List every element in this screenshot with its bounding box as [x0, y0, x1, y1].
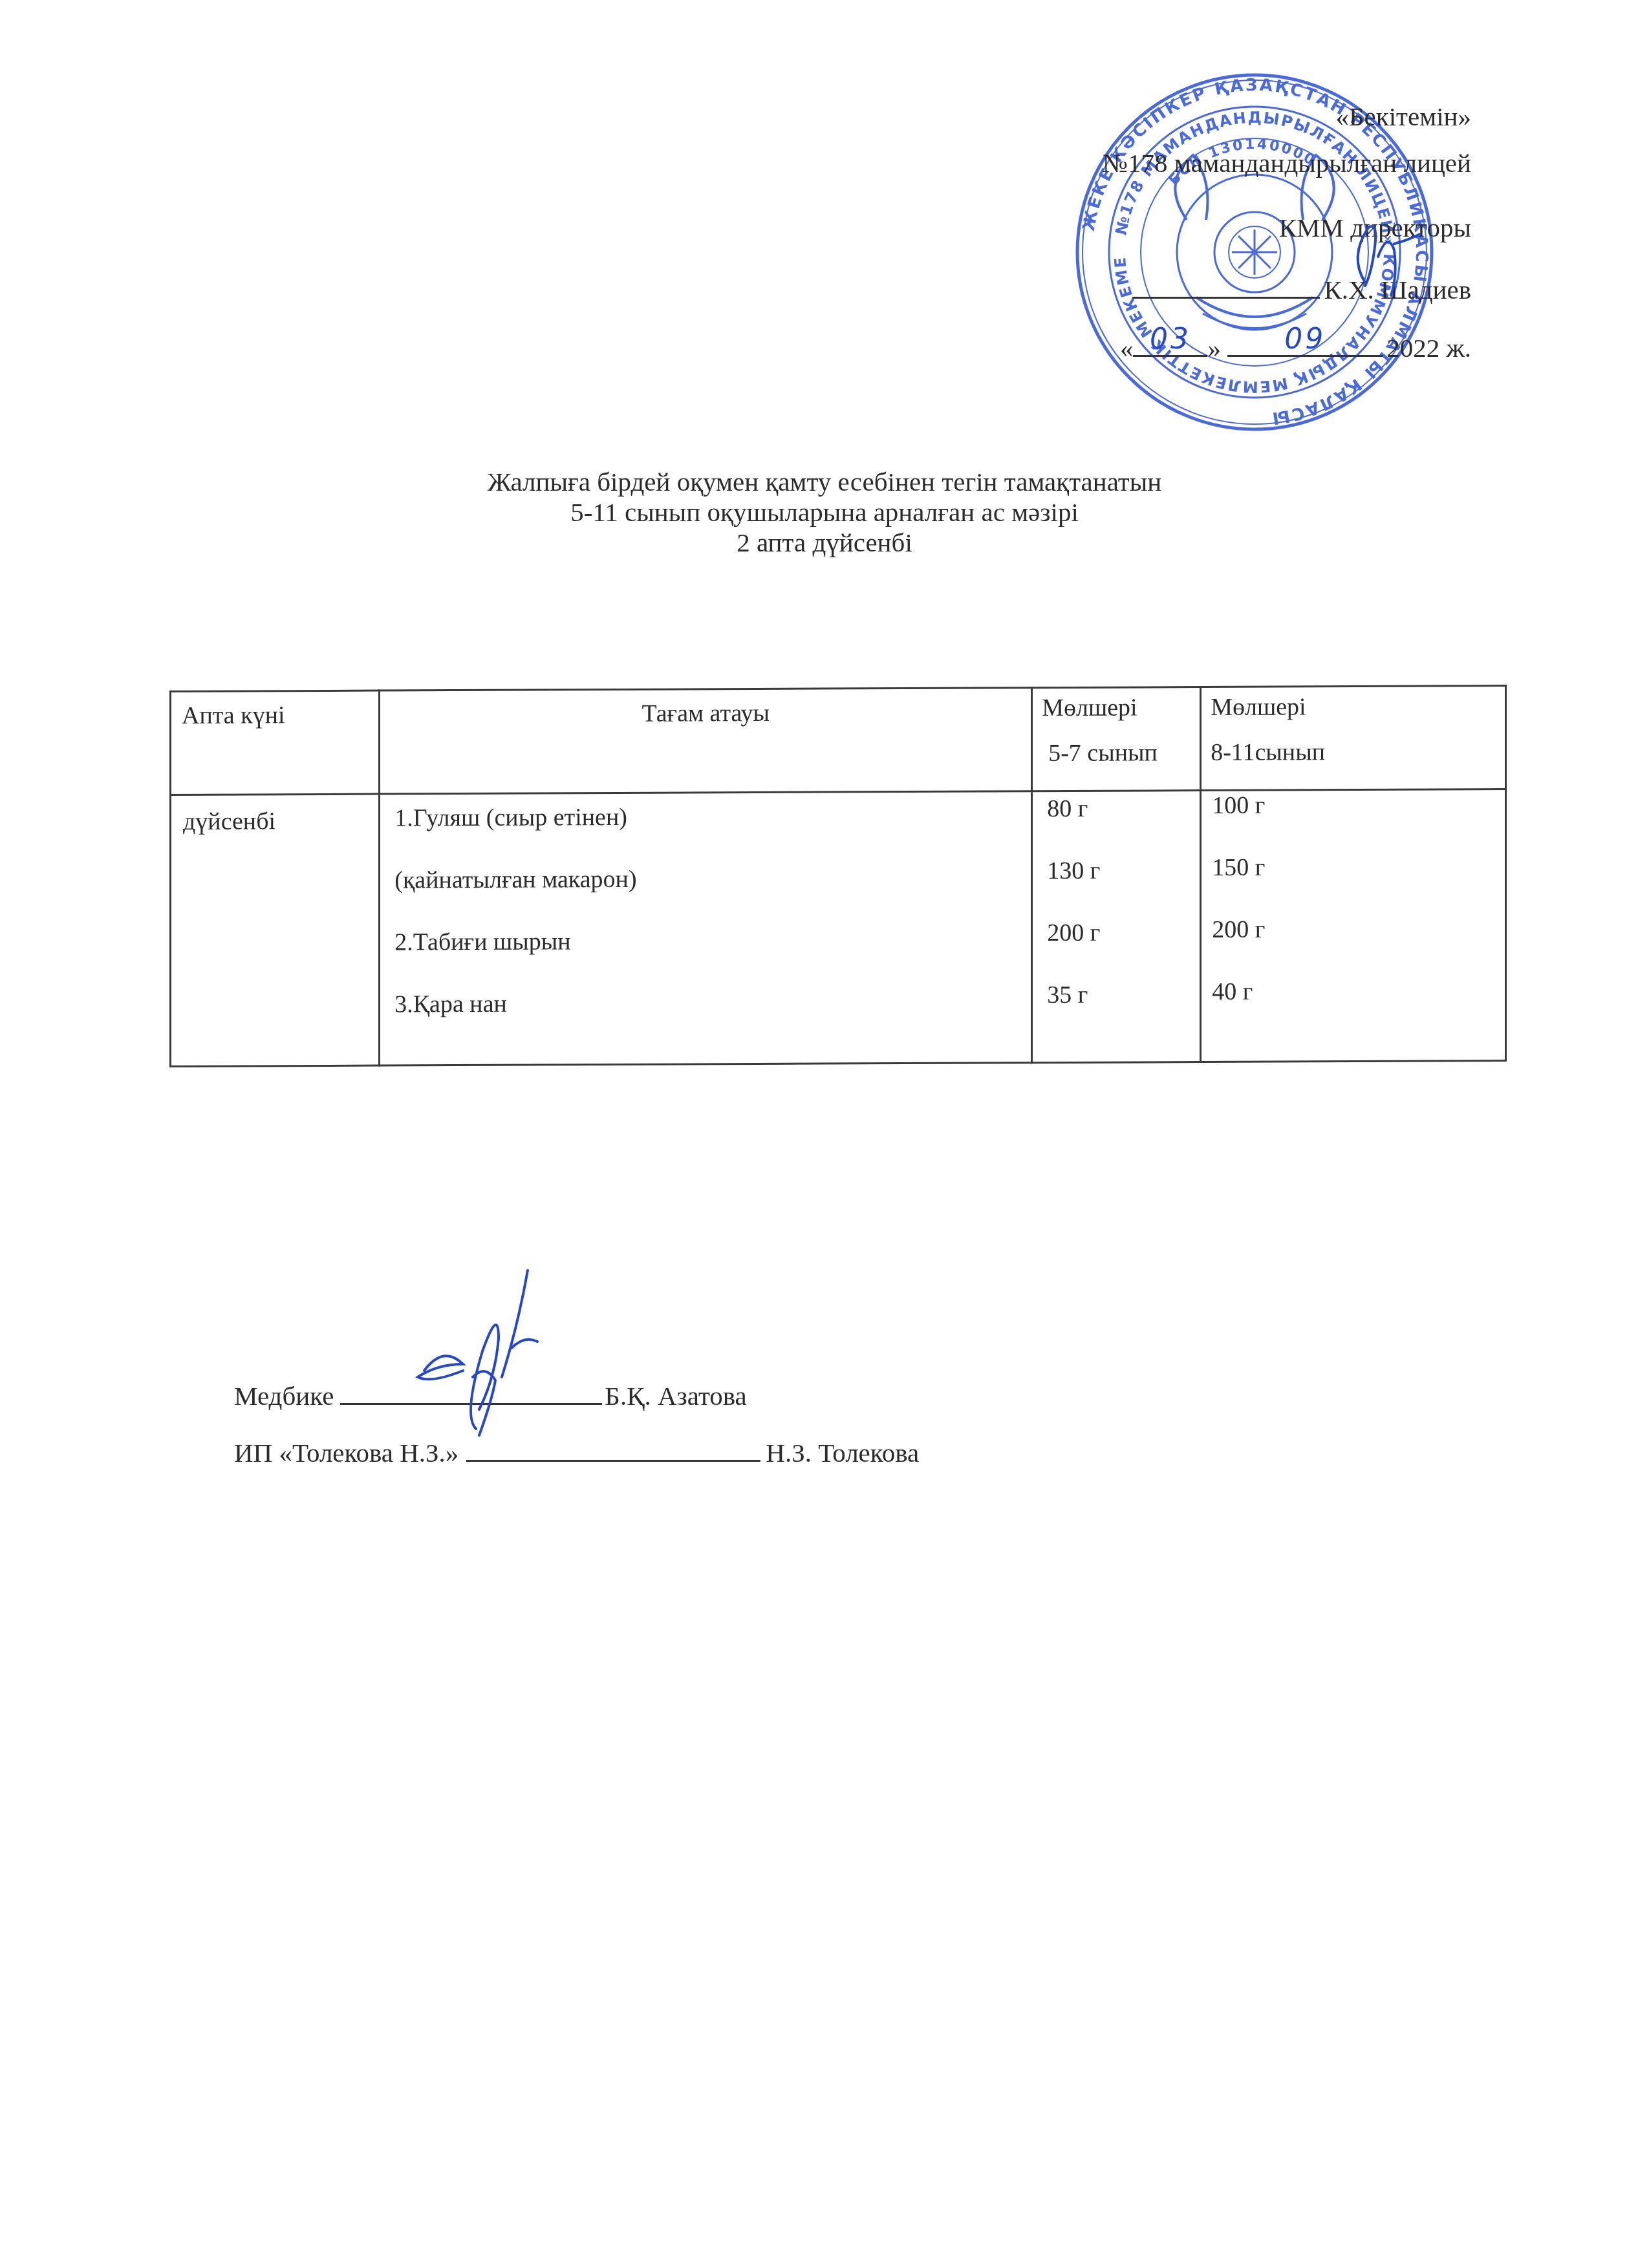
title-line-2: 5-11 сынып оқушыларына арналған ас мәзір…: [0, 497, 1649, 528]
nurse-signature-field[interactable]: [340, 1380, 602, 1405]
supplier-name: Н.З. Толекова: [766, 1438, 919, 1468]
nurse-label: Медбике: [234, 1381, 334, 1411]
row-qty-5-7: 80 г 130 г 200 г 35 г: [1032, 791, 1201, 1063]
row-qty-8-11: 100 г 150 г 200 г 40 г: [1201, 789, 1506, 1062]
dish-item: 1.Гуляш (сиыр етінен): [394, 801, 1031, 866]
qty-value: 100 г: [1212, 790, 1505, 853]
director-signature-line: К.Х. Шадиев: [1132, 273, 1471, 303]
date-month-field[interactable]: 09: [1227, 331, 1383, 357]
document-page: ЖЕКЕ КӘСІПКЕР ҚАЗАҚСТАН РЕСПУБЛИКАСЫ АЛМ…: [0, 0, 1649, 2268]
organization-name: №178 мамандандырылған лицей: [1103, 150, 1471, 177]
header-qty-5-7: Мөлшері 5-7 сынып: [1032, 687, 1201, 791]
date-day-value: 03: [1150, 325, 1191, 354]
qty-value: 80 г: [1047, 794, 1200, 857]
table-row: дүйсенбі 1.Гуляш (сиыр етінен) (қайнатыл…: [171, 789, 1506, 1066]
approval-date: «03» 092022 ж.: [1120, 331, 1471, 361]
nurse-signature-icon: [398, 1267, 566, 1442]
header-day: Апта күні: [171, 690, 380, 795]
director-signature-icon: [1339, 211, 1469, 308]
document-title: Жалпыға бірдей оқумен қамту есебінен тег…: [0, 467, 1649, 558]
director-signature-field[interactable]: [1132, 273, 1320, 299]
nurse-signature-line: Медбике Б.Қ. Азатова: [234, 1380, 747, 1409]
menu-table: Апта күні Тағам атауы Мөлшері 5-7 сынып …: [169, 685, 1507, 1067]
title-line-1: Жалпыға бірдей оқумен қамту есебінен тег…: [0, 467, 1649, 497]
header-qty-8-11: Мөлшері 8-11сынып: [1201, 685, 1506, 790]
supplier-signature-line: ИП «Толекова Н.З.»Н.З. Толекова: [234, 1437, 919, 1466]
title-line-3: 2 апта дүйсенбі: [0, 528, 1649, 558]
dish-item: 3.Қара нан: [394, 987, 1031, 1052]
qty-value: 200 г: [1212, 914, 1505, 978]
supplier-signature-field[interactable]: [466, 1437, 760, 1462]
dish-item: (қайнатылған макарон): [394, 863, 1031, 928]
date-year: 2022 ж.: [1386, 333, 1471, 363]
qty-value: 130 г: [1047, 856, 1200, 919]
qty-value: 200 г: [1047, 918, 1200, 981]
row-dishes: 1.Гуляш (сиыр етінен) (қайнатылған макар…: [380, 791, 1032, 1065]
qty-value: 40 г: [1212, 976, 1505, 1040]
qty-value: 150 г: [1212, 852, 1505, 915]
date-day-field[interactable]: 03: [1133, 331, 1207, 357]
header-dish: Тағам атауы: [380, 688, 1032, 794]
table-header-row: Апта күні Тағам атауы Мөлшері 5-7 сынып …: [171, 685, 1506, 795]
dish-item: 2.Табиғи шырын: [394, 925, 1031, 990]
supplier-label: ИП «Толекова Н.З.»: [234, 1438, 458, 1468]
date-month-value: 09: [1284, 325, 1326, 354]
qty-value: 35 г: [1047, 980, 1200, 1043]
row-day: дүйсенбі: [171, 794, 380, 1066]
approval-heading: «Бекітемін»: [1336, 103, 1471, 130]
nurse-name: Б.Қ. Азатова: [605, 1381, 746, 1411]
